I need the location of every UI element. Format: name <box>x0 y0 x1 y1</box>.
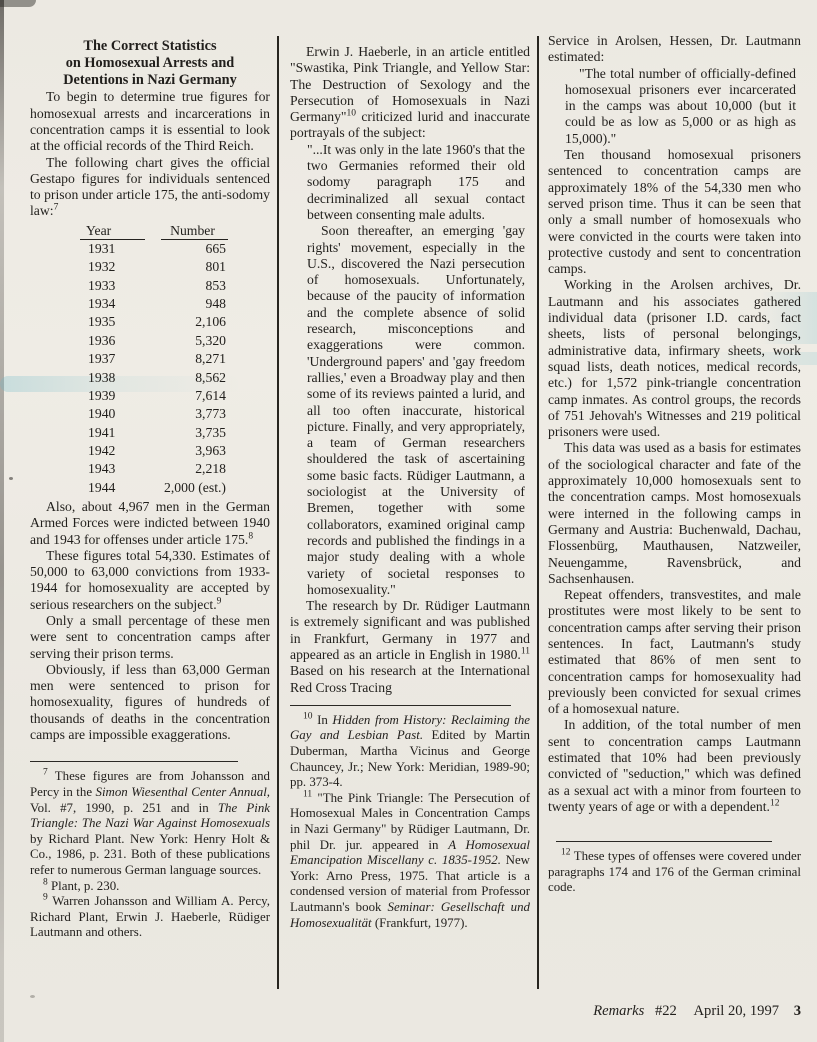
text-run: "...It was only in the late 1960's that … <box>307 142 525 222</box>
text-run: Soon thereafter, an emerging 'gay rights… <box>307 223 525 597</box>
table-row: 19397,614 <box>80 387 228 405</box>
scan-artifact-corner <box>0 0 36 7</box>
year-cell: 1937 <box>80 350 145 368</box>
quote-paragraph: "...It was only in the late 1960's that … <box>307 142 525 223</box>
footnote-marker: 11 <box>303 790 312 800</box>
number-cell: 5,320 <box>161 332 228 350</box>
text-run: Vol. #7, 1990, p. 251 and in <box>30 801 218 815</box>
paragraph-small-percentage: Only a small percentage of these men wer… <box>30 613 270 662</box>
table-row: 1931665 <box>80 240 228 258</box>
footnote-rule <box>30 761 238 762</box>
table-row: 19423,963 <box>80 442 228 460</box>
table-body: 193166519328011933853193494819352,106193… <box>80 240 228 497</box>
scan-artifact-speck <box>30 995 35 998</box>
text-run: These types of offenses were covered und… <box>548 849 801 894</box>
page-number: 3 <box>794 1003 801 1019</box>
text-run: Warren Johansson and William A. Percy, R… <box>30 894 270 939</box>
text-run: The research by Dr. Rüdiger Lautmann is … <box>290 598 530 662</box>
table-row: 19432,218 <box>80 460 228 478</box>
number-cell: 8,271 <box>161 350 228 368</box>
issue-number: #22 <box>655 1003 677 1019</box>
paragraph-research: The research by Dr. Rüdiger Lautmann is … <box>290 598 530 696</box>
text-run: Service in Arolsen, Hessen, Dr. Lautmann… <box>548 33 801 64</box>
text-run: "The total number of officially-defined … <box>565 66 796 146</box>
paragraph-armed-forces: Also, about 4,967 men in the German Arme… <box>30 499 270 548</box>
column-divider <box>277 36 279 989</box>
column-divider <box>537 36 539 989</box>
number-cell: 2,000 (est.) <box>161 479 228 497</box>
table-row: 19365,320 <box>80 332 228 350</box>
year-cell: 1932 <box>80 258 145 276</box>
table-row: 1934948 <box>80 295 228 313</box>
quote-paragraph: "The total number of officially-defined … <box>565 66 796 147</box>
text-run: Working in the Arolsen archives, Dr. Lau… <box>548 277 801 439</box>
table-row: 19378,271 <box>80 350 228 368</box>
year-cell: 1940 <box>80 405 145 423</box>
number-header: Number <box>161 223 228 240</box>
year-cell: 1934 <box>80 295 145 313</box>
footnote-7: 7 These figures are from Johansson and P… <box>30 769 270 878</box>
footnote-marker: 8 <box>248 531 253 541</box>
footer-date: April 20, 1997 <box>694 1003 780 1019</box>
text-run: This data was used as a basis for estima… <box>548 440 801 585</box>
year-header: Year <box>80 223 145 240</box>
scan-artifact-speck <box>9 477 13 480</box>
footnote-marker: 10 <box>303 712 313 722</box>
title-line: on Homosexual Arrests and <box>30 55 270 72</box>
paragraph-intro: To begin to determine true figures for h… <box>30 89 270 154</box>
year-cell: 1933 <box>80 277 145 295</box>
paragraph-seduction: In addition, of the total number of men … <box>548 717 801 815</box>
scan-artifact-left-edge <box>0 0 4 1042</box>
table-row: 1932801 <box>80 258 228 276</box>
footnote-marker: 9 <box>217 596 222 606</box>
journal-name: Remarks <box>593 1003 644 1019</box>
text-run: (Frankfurt, 1977). <box>372 916 468 930</box>
paragraph-totals: These figures total 54,330. Estimates of… <box>30 548 270 613</box>
year-cell: 1942 <box>80 442 145 460</box>
paragraph-chart-lead: The following chart gives the official G… <box>30 155 270 220</box>
text-run: The following chart gives the official G… <box>30 155 270 219</box>
column-2: Erwin J. Haeberle, in an article entitle… <box>290 44 530 931</box>
scanned-document-page: The Correct Statistics on Homosexual Arr… <box>0 0 817 1042</box>
text-run: In addition, of the total number of men … <box>548 717 801 813</box>
number-cell: 8,562 <box>161 369 228 387</box>
table-row: 19388,562 <box>80 369 228 387</box>
paragraph-haeberle: Erwin J. Haeberle, in an article entitle… <box>290 44 530 142</box>
footnote-marker: 11 <box>521 646 530 656</box>
gestapo-statistics-table: Year Number 1931665193280119338531934948… <box>64 223 244 497</box>
number-cell: 3,773 <box>161 405 228 423</box>
year-cell: 1943 <box>80 460 145 478</box>
text-run: These figures total 54,330. Estimates of… <box>30 548 270 612</box>
paragraph-data-basis: This data was used as a basis for estima… <box>548 440 801 587</box>
footnote-8: 8 Plant, p. 230. <box>30 879 270 895</box>
footnote-marker: 10 <box>347 109 357 119</box>
footnote-marker: 12 <box>770 798 780 808</box>
paragraph-repeat-offenders: Repeat offenders, transvestites, and mal… <box>548 587 801 717</box>
number-cell: 2,106 <box>161 313 228 331</box>
blockquote-lautmann: "The total number of officially-defined … <box>565 66 796 147</box>
text-run: In <box>313 713 333 727</box>
text-run: Repeat offenders, transvestites, and mal… <box>548 587 801 716</box>
article-title: The Correct Statistics on Homosexual Arr… <box>30 38 270 88</box>
quote-paragraph: Soon thereafter, an emerging 'gay rights… <box>307 223 525 598</box>
page-footer: Remarks #22 April 20, 1997 3 <box>593 1003 801 1020</box>
number-cell: 3,963 <box>161 442 228 460</box>
text-run: To begin to determine true figures for h… <box>30 89 270 153</box>
paragraph-arolsen-archives: Working in the Arolsen archives, Dr. Lau… <box>548 277 801 440</box>
column-1: The Correct Statistics on Homosexual Arr… <box>30 38 270 941</box>
footnote-marker: 7 <box>54 203 59 213</box>
year-cell: 1931 <box>80 240 145 258</box>
paragraph-18-percent: Ten thousand homosexual prisoners senten… <box>548 147 801 277</box>
year-cell: 1935 <box>80 313 145 331</box>
title-line: The Correct Statistics <box>30 38 270 55</box>
text-run: Plant, p. 230. <box>48 879 120 893</box>
title-line: Detentions in Nazi Germany <box>30 72 270 89</box>
year-cell: 1938 <box>80 369 145 387</box>
column-3: Service in Arolsen, Hessen, Dr. Lautmann… <box>548 33 801 896</box>
footnote-12: 12 These types of offenses were covered … <box>548 849 801 896</box>
number-cell: 801 <box>161 258 228 276</box>
text-run: by Richard Plant. New York: Henry Holt &… <box>30 832 270 877</box>
number-cell: 3,735 <box>161 424 228 442</box>
blockquote-haeberle: "...It was only in the late 1960's that … <box>307 142 525 598</box>
table-row: 19413,735 <box>80 424 228 442</box>
table-row: 1933853 <box>80 277 228 295</box>
text-run: Obviously, if less than 63,000 German me… <box>30 662 270 742</box>
number-cell: 853 <box>161 277 228 295</box>
paragraph-obviously: Obviously, if less than 63,000 German me… <box>30 662 270 743</box>
number-cell: 2,218 <box>161 460 228 478</box>
text-run: Also, about 4,967 men in the German Arme… <box>30 499 270 547</box>
footnote-rule <box>290 705 511 706</box>
number-cell: 7,614 <box>161 387 228 405</box>
table-row: 19442,000 (est.) <box>80 479 228 497</box>
year-cell: 1936 <box>80 332 145 350</box>
number-cell: 948 <box>161 295 228 313</box>
text-run: Only a small percentage of these men wer… <box>30 613 270 661</box>
text-run: Simon Wiesenthal Center Annual, <box>96 785 270 799</box>
paragraph-service: Service in Arolsen, Hessen, Dr. Lautmann… <box>548 33 801 66</box>
table-row: 19403,773 <box>80 405 228 423</box>
text-run: Ten thousand homosexual prisoners senten… <box>548 147 801 276</box>
table-row: 19352,106 <box>80 313 228 331</box>
footnote-rule <box>556 841 772 842</box>
footnote-9: 9 Warren Johansson and William A. Percy,… <box>30 894 270 941</box>
text-run: Based on his research at the Internation… <box>290 663 530 694</box>
year-cell: 1941 <box>80 424 145 442</box>
table-header-row: Year Number <box>80 223 228 240</box>
footnote-11: 11 "The Pink Triangle: The Persecution o… <box>290 791 530 931</box>
footnote-marker: 12 <box>561 848 571 858</box>
year-cell: 1944 <box>80 479 145 497</box>
footnote-10: 10 In Hidden from History: Reclaiming th… <box>290 713 530 791</box>
year-cell: 1939 <box>80 387 145 405</box>
number-cell: 665 <box>161 240 228 258</box>
